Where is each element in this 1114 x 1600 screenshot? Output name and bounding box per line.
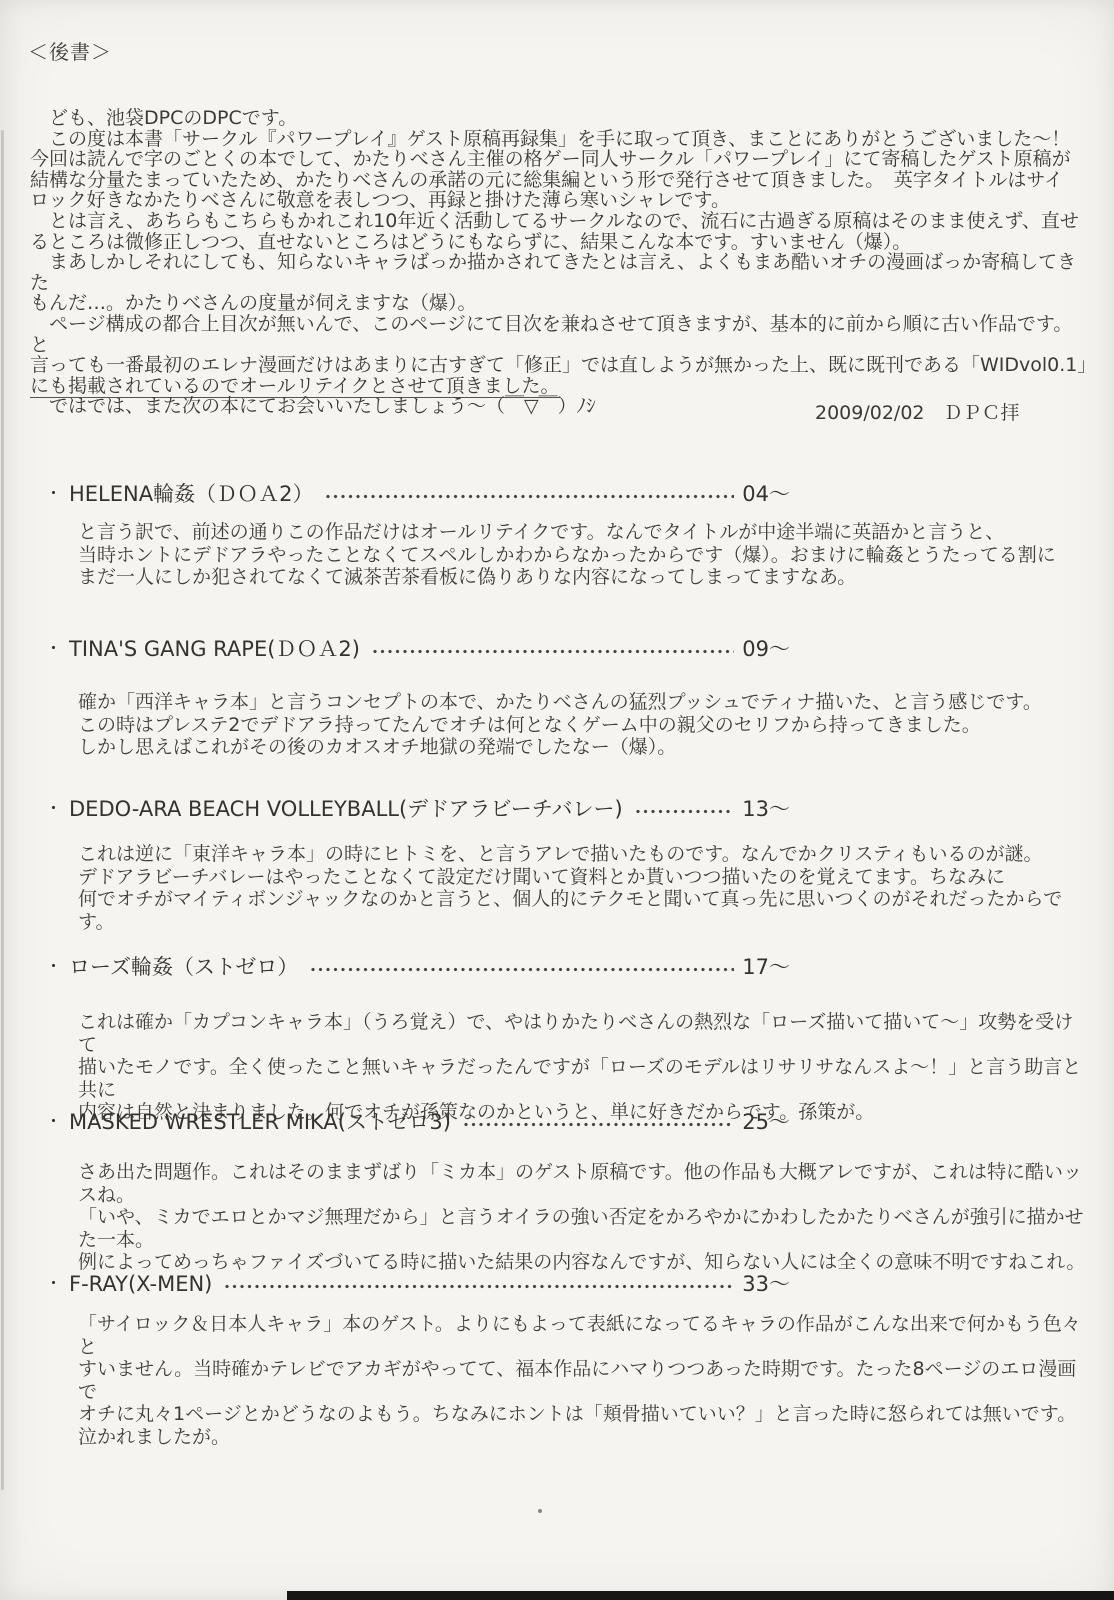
date-signature: 2009/02/02 ＤＰＣ拝 xyxy=(815,398,1020,425)
toc-entry-title: HELENA輪姦（ＤＯＡ2） xyxy=(69,482,313,506)
toc-entry-description: 確か「西洋キャラ本」と言うコンセプトの本で、かたりべさんの猛烈プッシュでティナ描… xyxy=(78,691,1092,759)
toc-bullet: ・ xyxy=(45,637,62,661)
toc-entry-fray: ・ F-RAY(X-MEN) 33～ xyxy=(45,1272,790,1296)
dot-leader xyxy=(372,648,734,655)
toc-entry-title: ローズ輪姦（ストゼロ） xyxy=(69,955,298,979)
toc-bullet: ・ xyxy=(45,1272,62,1296)
toc-entry-description: これは確か「カプコンキャラ本」（うろ覚え）で、やはりかたりべさんの熱烈な「ローズ… xyxy=(78,1011,1092,1124)
toc-page-number: 09～ xyxy=(742,637,790,661)
scan-edge-line xyxy=(1,130,4,1490)
toc-entry-description: さあ出た問題作。これはそのままずばり「ミカ本」のゲスト原稿です。他の作品も大概ア… xyxy=(78,1161,1092,1274)
toc-entry-title: MASKED WRESTLER MIKA(ストゼロ3) xyxy=(69,1110,451,1134)
page-bottom-mark xyxy=(538,1509,542,1513)
afterword-page: ＜後書＞ ども、池袋DPCのDPCです。 この度は本書「サークル『パワープレイ』… xyxy=(0,0,1114,1600)
afterword-body: ども、池袋DPCのDPCです。 この度は本書「サークル『パワープレイ』ゲスト原稿… xyxy=(30,108,1088,417)
toc-entry-description: これは逆に「東洋キャラ本」の時にヒトミを、と言うアレで描いたものです。なんでかク… xyxy=(78,843,1092,933)
dot-leader xyxy=(310,966,734,973)
toc-bullet: ・ xyxy=(45,482,62,506)
toc-entry-rose: ・ ローズ輪姦（ストゼロ） 17～ xyxy=(45,955,790,979)
afterword-paragraphs: ども、池袋DPCのDPCです。 この度は本書「サークル『パワープレイ』ゲスト原稿… xyxy=(30,108,1088,376)
toc-entry-description: 「サイロック＆日本人キャラ」本のゲスト。よりにもよって表紙になってるキャラの作品… xyxy=(78,1313,1092,1448)
scan-bottom-bar xyxy=(287,1591,1114,1600)
toc-entry-helena: ・ HELENA輪姦（ＤＯＡ2） 04～ xyxy=(45,482,790,506)
toc-page-number: 04～ xyxy=(742,482,790,506)
toc-page-number: 25～ xyxy=(742,1110,790,1134)
toc-entry-description: と言う訳で、前述の通りこの作品だけはオールリテイクです。なんでタイトルが中途半端… xyxy=(78,521,1092,589)
toc-page-number: 33～ xyxy=(742,1272,790,1296)
dot-leader xyxy=(463,1121,734,1128)
toc-entry-dedoara: ・ DEDO-ARA BEACH VOLLEYBALL(デドアラビーチバレー) … xyxy=(45,797,790,821)
page-title: ＜後書＞ xyxy=(28,36,112,65)
toc-entry-mika: ・ MASKED WRESTLER MIKA(ストゼロ3) 25～ xyxy=(45,1110,790,1134)
dot-leader xyxy=(325,493,734,500)
afterword-underlined-row: にも掲載されているのでオールリテイクとさせて頂きました。 xyxy=(30,376,1088,397)
dot-leader xyxy=(224,1283,734,1290)
toc-bullet: ・ xyxy=(45,1110,62,1134)
toc-entry-title: DEDO-ARA BEACH VOLLEYBALL(デドアラビーチバレー) xyxy=(69,797,623,821)
toc-entry-tina: ・ TINA'S GANG RAPE(ＤＯＡ2) 09～ xyxy=(45,637,790,661)
toc-page-number: 17～ xyxy=(742,955,790,979)
dot-leader xyxy=(635,808,735,815)
toc-bullet: ・ xyxy=(45,955,62,979)
toc-page-number: 13～ xyxy=(742,797,790,821)
toc-entry-title: TINA'S GANG RAPE(ＤＯＡ2) xyxy=(69,637,360,661)
toc-bullet: ・ xyxy=(45,797,62,821)
toc-entry-title: F-RAY(X-MEN) xyxy=(69,1272,212,1296)
